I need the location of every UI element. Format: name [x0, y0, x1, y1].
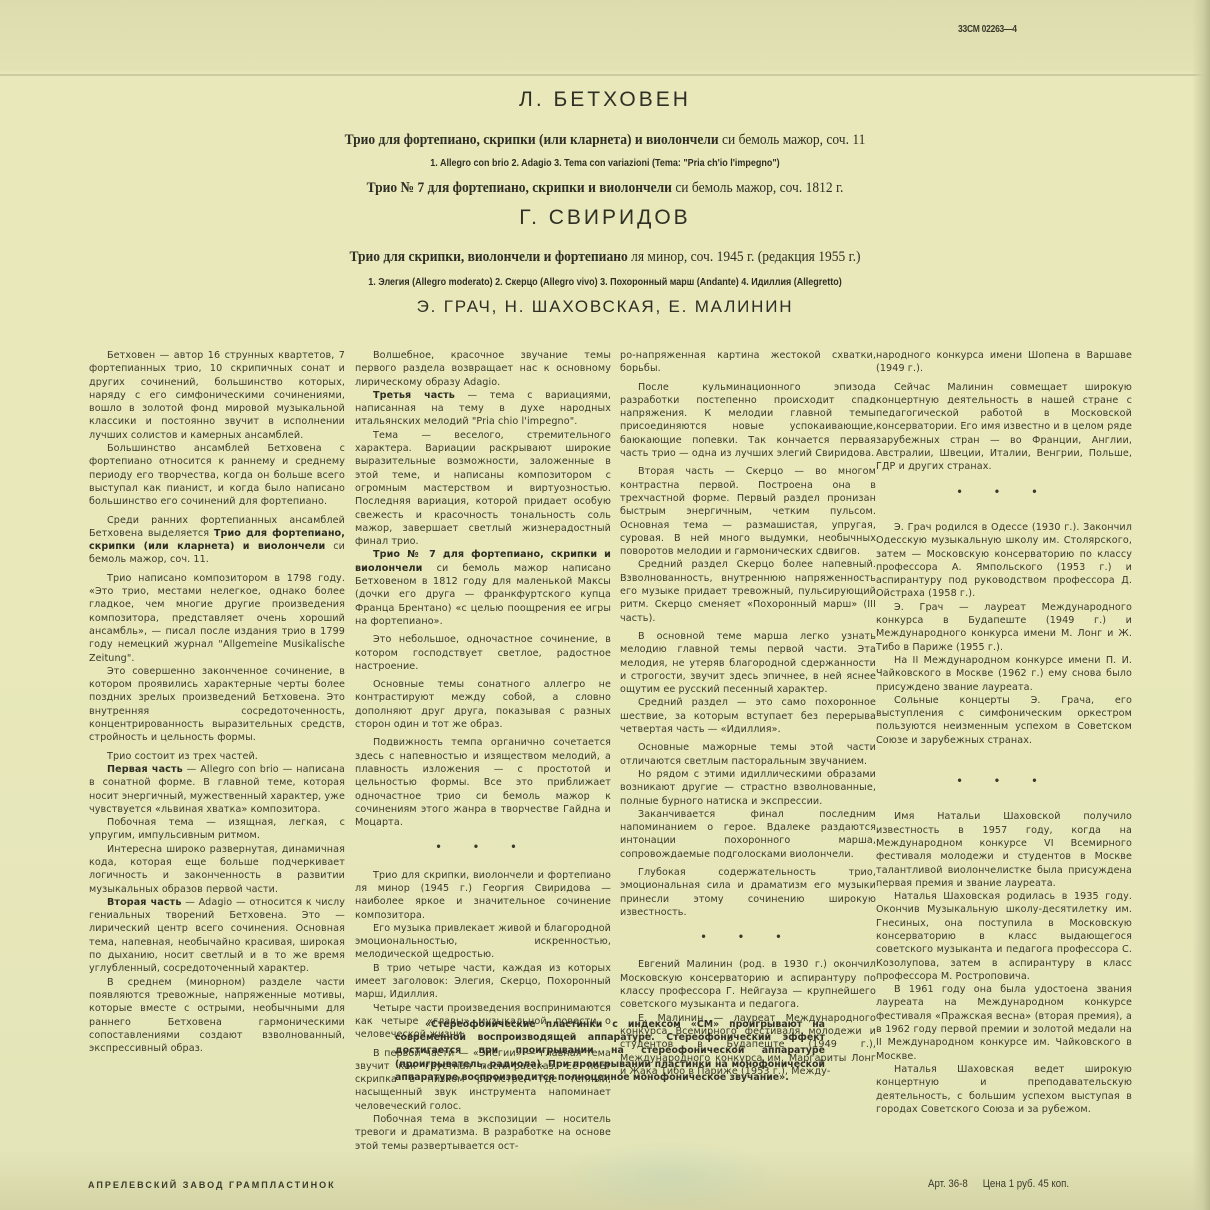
paragraph: Трио состоит из трех частей. — [89, 750, 345, 763]
text: — Adagio — относится к числу гениальных … — [89, 897, 345, 974]
paragraph: Трио написано композитором в 1798 году. … — [89, 572, 345, 665]
catalog-number: 33СМ 02263—4 — [958, 24, 1017, 35]
paragraph: ро-напряженная картина жестокой схватки,… — [620, 349, 876, 376]
paragraph: После кульминационного эпизода разработк… — [620, 381, 876, 461]
stereo-notice-text: «Стереофонические пластинки с индексом «… — [395, 1018, 825, 1084]
bold-text: Вторая часть — [107, 897, 181, 908]
article-number: Арт. 36-8 — [928, 1178, 968, 1190]
paragraph: Э. Грач — лауреат Международного конкурс… — [876, 601, 1132, 654]
price: Цена 1 руб. 45 коп. — [983, 1178, 1069, 1190]
section-divider-dots: • • • — [355, 841, 611, 854]
paragraph: Вторая часть — Скерцо — во многом контра… — [620, 465, 876, 558]
work-key-opus: си бемоль мажор, соч. 11 — [722, 132, 865, 148]
paragraph: Вторая часть — Adagio — относится к числ… — [89, 896, 345, 976]
paragraph: Наталья Шаховская ведет широкую концертн… — [876, 1063, 1132, 1116]
paragraph: Э. Грач родился в Одессе (1930 г.). Зако… — [876, 521, 1132, 601]
paragraph: Глубокая содержательность трио, эмоциона… — [620, 866, 876, 919]
paragraph: Третья часть — тема с вариациями, написа… — [355, 389, 611, 429]
paragraph: В трио четыре части, каждая из которых и… — [355, 962, 611, 1002]
bold-text: Третья часть — [373, 390, 455, 401]
work-title-bold: Трио № 7 для фортепиано, скрипки и виоло… — [367, 180, 672, 196]
paragraph: Заканчивается финал последним напоминани… — [620, 808, 876, 861]
paragraph: В 1961 году она была удостоена звания ла… — [876, 983, 1132, 1063]
beethoven-work-1-title: Трио для фортепиано, скрипки (или кларне… — [61, 132, 1150, 149]
paragraph: В основной теме марша легко узнать мелод… — [620, 630, 876, 696]
paragraph: Среди ранних фортепианных ансамблей Бетх… — [89, 514, 345, 567]
manufacturer-label: АПРЕЛЕВСКИЙ ЗАВОД ГРАМПЛАСТИНОК — [88, 1180, 336, 1190]
paragraph: Евгений Малинин (род. в 1930 г.) окончил… — [620, 958, 876, 1011]
beethoven-work-2-title: Трио № 7 для фортепиано, скрипки и виоло… — [61, 180, 1150, 197]
paragraph: Бетховен — автор 16 струнных квартетов, … — [89, 349, 345, 442]
text-column-3: ро-напряженная картина жестокой схватки,… — [620, 349, 876, 1078]
work-key-opus: си бемоль мажор, соч. 1812 г. — [675, 180, 843, 196]
work-key-opus: ля минор, соч. 1945 г. (редакция 1955 г.… — [631, 249, 860, 265]
price-info: Арт. 36-8 Цена 1 руб. 45 коп. — [928, 1178, 1081, 1190]
sleeve-right-edge — [1192, 0, 1210, 1210]
paragraph: Наталья Шаховская родилась в 1935 году. … — [876, 890, 1132, 983]
work-title-bold: Трио для скрипки, виолончели и фортепиан… — [349, 249, 627, 265]
paragraph: Это совершенно законченное сочинение, в … — [89, 665, 345, 745]
paragraph: Но рядом с этими идиллическими образами … — [620, 768, 876, 808]
paragraph: Средний раздел — это само похоронное шес… — [620, 696, 876, 736]
beethoven-work-1-movements: 1. Allegro con brio 2. Adagio 3. Tema co… — [61, 158, 1150, 169]
work-title-bold: Трио для фортепиано, скрипки (или кларне… — [345, 132, 719, 148]
paragraph: В среднем (минорном) разделе части появл… — [89, 976, 345, 1056]
paragraph: Сольные концерты Э. Грача, его выступлен… — [876, 694, 1132, 747]
paragraph: На II Международном конкурсе имени П. И.… — [876, 654, 1132, 694]
paragraph: Побочная тема в экспозиции — носитель тр… — [355, 1113, 611, 1153]
section-divider-dots: • • • — [620, 931, 876, 944]
paragraph: Побочная тема — изящная, легкая, с упруг… — [89, 816, 345, 843]
composer-beethoven: Л. БЕТХОВЕН — [0, 88, 1210, 112]
paragraph: Волшебное, красочное звучание темы перво… — [355, 349, 611, 389]
paragraph: Тема — веселого, стремительного характер… — [355, 429, 611, 549]
paragraph: Трио № 7 для фортепиано, скрипки и виоло… — [355, 548, 611, 628]
paragraph: Первая часть — Allegro con brio — написа… — [89, 763, 345, 816]
text-column-1: Бетховен — автор 16 струнных квартетов, … — [89, 349, 345, 1055]
paragraph: Большинство ансамблей Бетховена с фортеп… — [89, 442, 345, 508]
section-divider-dots: • • • — [876, 775, 1132, 788]
paragraph: Средний раздел Скерцо более напевный. Вз… — [620, 558, 876, 624]
text-column-4: народного конкурса имени Шопена в Варшав… — [876, 349, 1132, 1116]
performers: Э. ГРАЧ, Н. ШАХОВСКАЯ, Е. МАЛИНИН — [0, 297, 1210, 317]
paragraph: Подвижность темпа органично сочетается з… — [355, 736, 611, 829]
stereo-notice: «Стереофонические пластинки с индексом «… — [395, 1018, 825, 1084]
paragraph: Это небольшое, одночастное сочинение, в … — [355, 633, 611, 673]
sviridov-work-title: Трио для скрипки, виолончели и фортепиан… — [61, 249, 1150, 266]
composer-sviridov: Г. СВИРИДОВ — [0, 206, 1210, 230]
sleeve-flap-edge — [0, 74, 1210, 76]
bold-text: Первая часть — [107, 764, 183, 775]
paragraph: Его музыка привлекает живой и благородно… — [355, 922, 611, 962]
paragraph: Имя Натальи Шаховской получило известнос… — [876, 810, 1132, 890]
section-divider-dots: • • • — [876, 486, 1132, 499]
paragraph: Трио для скрипки, виолончели и фортепиан… — [355, 869, 611, 922]
paragraph: Интересна широко развернутая, динамичная… — [89, 843, 345, 896]
paragraph: Сейчас Малинин совмещает широкую концерт… — [876, 381, 1132, 474]
paragraph: народного конкурса имени Шопена в Варшав… — [876, 349, 1132, 376]
paragraph: Основные мажорные темы этой части отлича… — [620, 741, 876, 768]
sviridov-movements: 1. Элегия (Allegro moderato) 2. Скерцо (… — [61, 277, 1150, 288]
paragraph: Основные темы сонатного аллегро не контр… — [355, 678, 611, 731]
